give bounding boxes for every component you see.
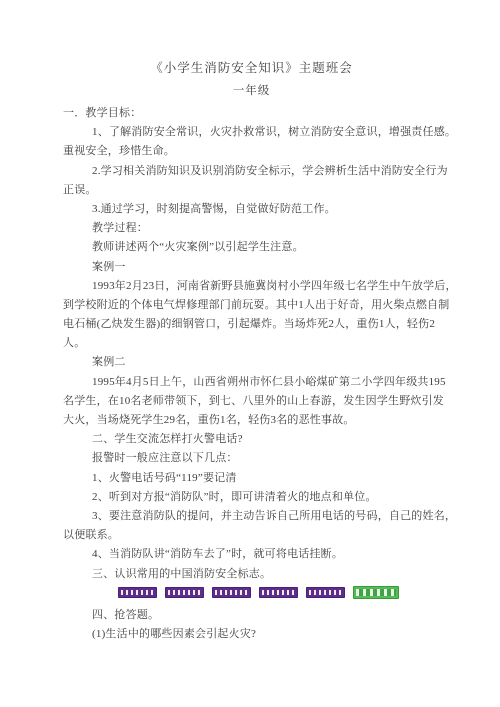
text-line: 电石桶(乙炔发生器)的细钢管口，引起爆炸。当场炸死2人，重伤1人，轻伤2	[63, 315, 440, 334]
text-line: 以便联系。	[63, 526, 440, 545]
text-line: 正误。	[63, 181, 440, 200]
text-line: 二、学生交流怎样打火警电话?	[63, 430, 440, 449]
text-line: 3.通过学习，时刻提高警惕，自觉做好防范工作。	[63, 200, 440, 219]
text-line: 人。	[63, 334, 440, 353]
safety-signs-row	[63, 584, 440, 606]
document-body-bottom: 四、抢答题。(1)生活中的哪些因素会引起火灾?	[63, 606, 440, 644]
text-line: 一．教学目标：	[63, 104, 440, 123]
text-line: 案例二	[63, 353, 440, 372]
text-line: (1)生活中的哪些因素会引起火灾?	[63, 625, 440, 644]
text-line: 2.学习相关消防知识及识别消防安全标示，学会辨析生活中消防安全行为	[63, 162, 440, 181]
document-body-top: 一．教学目标：1、了解消防安全常识，火灾扑救常识，树立消防安全意识，增强责任感。…	[63, 104, 440, 584]
text-line: 4、当消防队讲“消防车去了”时，就可将电话挂断。	[63, 545, 440, 564]
text-line: 3、要注意消防队的提问，并主动告诉自己所用电话的号码，自己的姓名，	[63, 507, 440, 526]
text-line: 教学过程：	[63, 219, 440, 238]
document-title: 《小学生消防安全知识》主题班会	[63, 58, 440, 79]
grade-subtitle: 一年级	[63, 79, 440, 104]
text-line: 三、认识常用的中国消防安全标志。	[63, 565, 440, 584]
fire-safety-sign-thumbnail-3	[212, 587, 251, 598]
text-line: 1995年4月5日上午，山西省朔州市怀仁县小峪煤矿第二小学四年级共195	[63, 373, 440, 392]
text-line: 名学生，在10名老师带领下，到七、八里外的山上春游，发生因学生野炊引发	[63, 392, 440, 411]
text-line: 1、了解消防安全常识，火灾扑救常识，树立消防安全意识，增强责任感。	[63, 123, 440, 142]
fire-safety-sign-thumbnail-2	[165, 587, 204, 598]
sign-tiny-text	[309, 590, 342, 595]
text-line: 1、火警电话号码“119”要记清	[63, 469, 440, 488]
sign-tiny-text	[121, 590, 154, 595]
text-line: 1993年2月23日，河南省新野县施冀岗村小学四年级七名学生中午放学后，	[63, 277, 440, 296]
text-line: 到学校附近的个体电气焊修理部门前玩耍。其中1人出于好奇，用火柴点燃自制	[63, 296, 440, 315]
text-line: 大火，当场烧死学生29名，重伤1名，轻伤3名的恶性事故。	[63, 411, 440, 430]
fire-safety-sign-thumbnail-4	[259, 587, 298, 598]
text-line: 案例一	[63, 258, 440, 277]
sign-tiny-text	[215, 590, 248, 595]
sign-tiny-text	[356, 589, 396, 596]
sign-tiny-text	[262, 590, 295, 595]
text-line: 2、听到对方报“消防队”时，即可讲清着火的地点和单位。	[63, 488, 440, 507]
text-line: 教师讲述两个“火灾案例”以引起学生注意。	[63, 238, 440, 257]
text-line: 四、抢答题。	[63, 606, 440, 625]
text-line: 重视安全，珍惜生命。	[63, 142, 440, 161]
fire-safety-sign-thumbnail-5	[306, 587, 345, 598]
document-page: 《小学生消防安全知识》主题班会 一年级 一．教学目标：1、了解消防安全常识，火灾…	[0, 0, 500, 707]
evacuation-sign-thumbnail	[353, 586, 399, 599]
text-line: 报警时一般应注意以下几点：	[63, 449, 440, 468]
fire-safety-sign-thumbnail-1	[118, 587, 157, 598]
sign-tiny-text	[168, 590, 201, 595]
